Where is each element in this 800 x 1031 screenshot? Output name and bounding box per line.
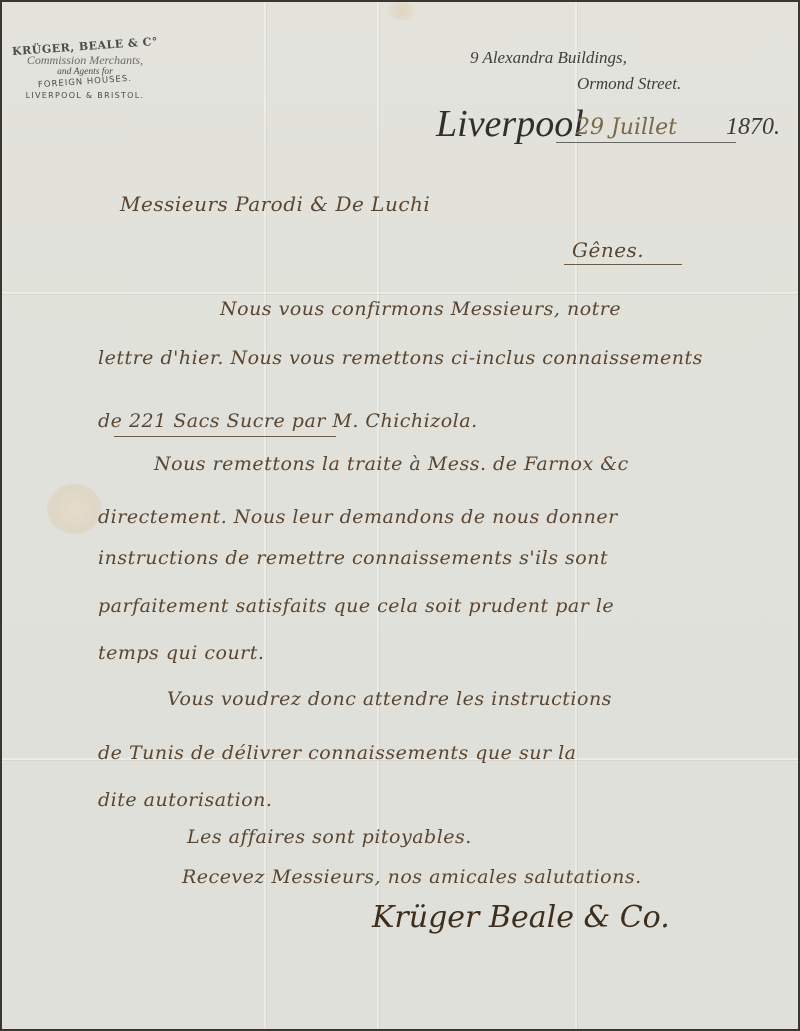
closing-line: Recevez Messieurs, nos amicales salutati… xyxy=(182,866,642,888)
letterhead: KRÜGER, BEALE & C° Commission Merchants,… xyxy=(10,40,160,100)
body-line: de 221 Sacs Sucre par M. Chichizola. xyxy=(98,410,478,432)
dateline-day-month: 29 Juillet xyxy=(576,115,677,140)
addressee-name: Messieurs Parodi & De Luchi xyxy=(120,192,430,216)
body-line: Les affaires sont pitoyables. xyxy=(187,826,472,848)
body-line: de Tunis de délivrer connaissements que … xyxy=(98,742,576,764)
body-line: dite autorisation. xyxy=(98,789,272,811)
dateline-rule xyxy=(556,142,736,143)
fold-line xyxy=(2,292,798,294)
paper-stain xyxy=(47,484,102,534)
body-line: temps qui court. xyxy=(98,642,264,664)
body-line: Vous voudrez donc attendre les instructi… xyxy=(167,688,612,710)
dateline-year: 1870. xyxy=(726,114,780,141)
addressee-underline xyxy=(564,264,682,265)
addressee-place: Gênes. xyxy=(572,238,644,262)
address-line-1: 9 Alexandra Buildings, xyxy=(470,48,627,68)
body-line: Nous remettons la traite à Mess. de Farn… xyxy=(154,453,629,475)
dateline: Liverpool 29 Juillet 1870. xyxy=(436,102,776,152)
paper-stain xyxy=(387,2,417,20)
body-line: Nous vous confirmons Messieurs, notre xyxy=(220,298,621,320)
letter-sheet: KRÜGER, BEALE & C° Commission Merchants,… xyxy=(2,2,798,1029)
body-underline xyxy=(114,436,336,437)
address-line-2: Ormond Street. xyxy=(577,74,681,94)
body-line: directement. Nous leur demandons de nous… xyxy=(98,506,618,528)
dateline-city: Liverpool xyxy=(436,102,584,146)
body-line: parfaitement satisfaits que cela soit pr… xyxy=(98,595,614,617)
body-line: instructions de remettre connaissements … xyxy=(98,547,608,569)
body-line: lettre d'hier. Nous vous remettons ci-in… xyxy=(98,347,703,369)
signature: Krüger Beale & Co. xyxy=(372,900,670,935)
letterhead-cities: LIVERPOOL & BRISTOL. xyxy=(10,91,160,100)
